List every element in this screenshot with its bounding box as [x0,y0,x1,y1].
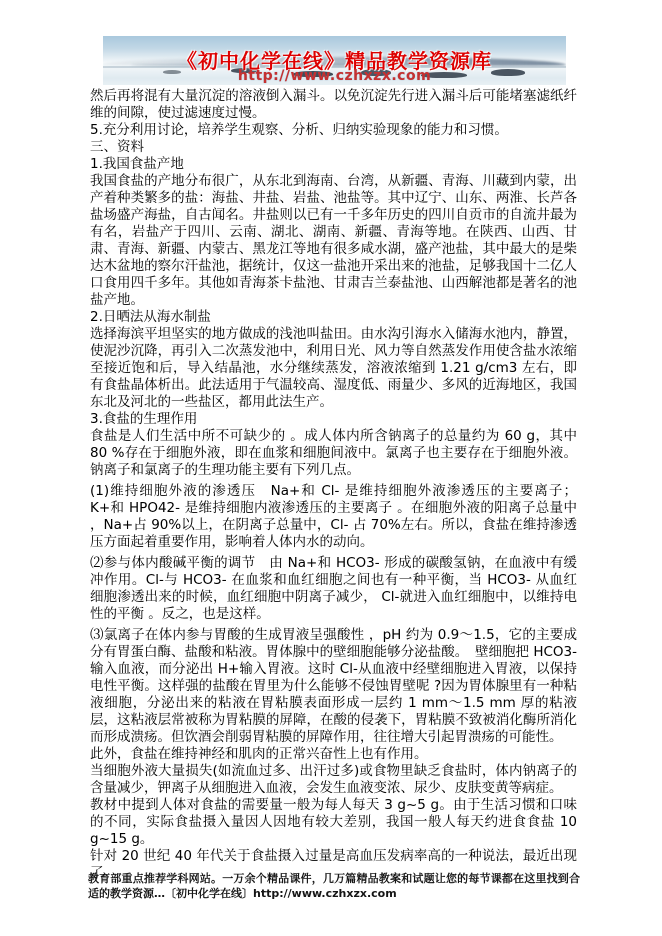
document-page: { "banner": { "title": "《初中化学在线》精品教学资源库"… [0,0,662,936]
document-body: 然后再将混有大量沉淀的溶液倒入漏斗。以免沉淀先行进入漏斗后可能堵塞滤纸纤维的间隙… [90,88,577,882]
subsection-heading: 2.日晒法从海水制盐 [90,309,577,326]
paragraph: 5.充分利用讨论，培养学生观察、分析、归纳实验现象的能力和习惯。 [90,122,577,139]
subsection-heading: 1.我国食盐产地 [90,156,577,173]
page-footer: 教育部重点推荐学科网站。一万余个精品课件，几万篇精品教案和试题让您的每节课都在这… [88,871,580,901]
paragraph: ⑶氯离子在体内参与胃酸的生成胃液呈强酸性 ，pH 约为 0.9～1.5，它的主要… [90,627,577,746]
paragraph: 当细胞外液大量损失(如流血过多、出汗过多)或食物里缺乏食盐时，体内钠离子的含量减… [90,763,577,797]
paragraph: 此外，食盐在维持神经和肌肉的正常兴奋性上也有作用。 [90,746,577,763]
paragraph: 教材中提到人体对食盐的需要量一般为每人每天 3 g~5 g。由于生活习惯和口味的… [90,797,577,848]
paragraph: 我国食盐的产地分布很广，从东北到海南、台湾，从新疆、青海、川藏到内蒙，出产着种类… [90,173,577,309]
paragraph: 然后再将混有大量沉淀的溶液倒入漏斗。以免沉淀先行进入漏斗后可能堵塞滤纸纤维的间隙… [90,88,577,122]
paragraph: ⑵参与体内酸碱平衡的调节 由 Na+和 HCO3- 形成的碳酸氢钠，在血液中有缓… [90,555,577,623]
site-url-link[interactable]: http://www.czhxzx.com [103,68,566,84]
banner-image: 《初中化学在线》精品教学资源库 http://www.czhxzx.com [103,36,566,85]
paragraph: 选择海滨平坦坚实的地方做成的浅池叫盐田。由水沟引海水入储海水池内，静置，使泥沙沉… [90,326,577,411]
paragraph: (1)维持细胞外液的渗透压 Na+和 Cl- 是维持细胞外液渗透压的主要离子；K… [90,483,577,551]
section-heading: 三、资料 [90,139,577,156]
paragraph: 食盐是人们生活中所不可缺少的 。成人体内所含钠离子的总量约为 60 g，其中 8… [90,428,577,479]
subsection-heading: 3.食盐的生理作用 [90,411,577,428]
